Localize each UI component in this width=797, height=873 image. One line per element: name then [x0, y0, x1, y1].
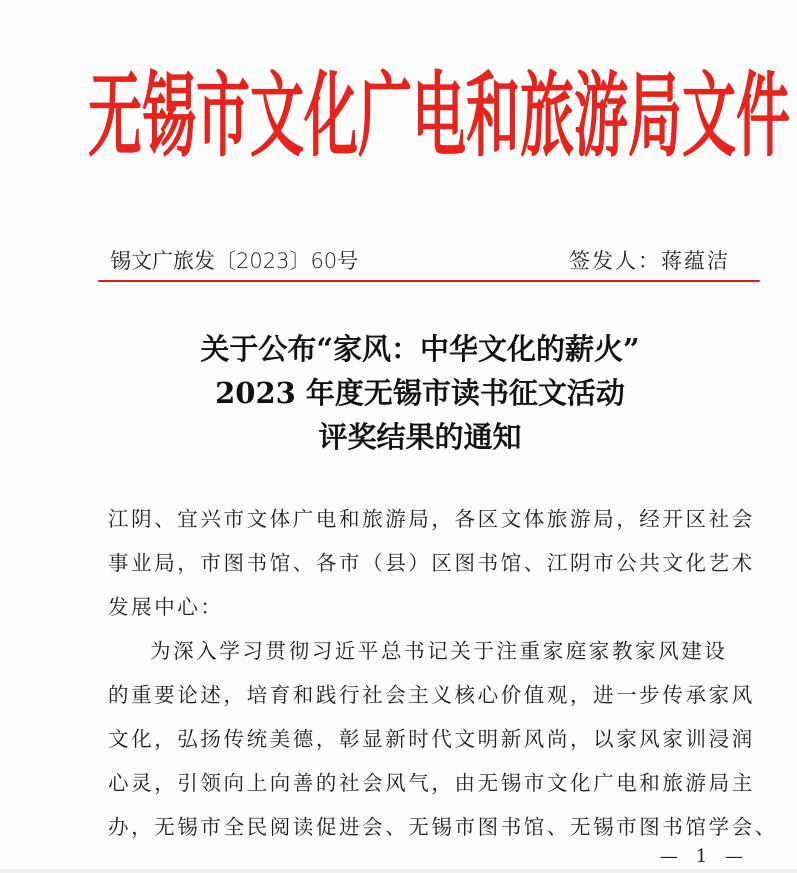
addressee-line: 江阴、宜兴市文体广电和旅游局，各区文体旅游局，经开区社会	[108, 497, 758, 541]
masthead-char: 市	[196, 69, 250, 161]
masthead-title: 无 锡 市 文 化 广 电 和 旅 游 局 文 件	[88, 55, 768, 175]
body-line: 办，无锡市全民阅读促进会、无锡市图书馆、无锡市图书馆学会、	[108, 805, 758, 849]
masthead-char: 化	[304, 69, 358, 161]
title-line: 评奖结果的通知	[100, 415, 740, 459]
masthead-char: 文	[682, 69, 736, 161]
masthead-char: 件	[736, 69, 790, 161]
masthead-char: 局	[628, 69, 682, 161]
masthead-char: 旅	[520, 69, 574, 161]
notice-title: 关于公布“家风：中华文化的薪火” 2023 年度无锡市读书征文活动 评奖结果的通…	[100, 327, 740, 459]
addressee-line: 事业局，市图书馆、各市（县）区图书馆、江阴市公共文化艺术	[108, 541, 758, 585]
document-number-row: 锡文广旅发〔2023〕60号 签发人：蒋蕴洁	[110, 246, 730, 274]
body-line: 心灵，引领向上向善的社会风气，由无锡市文化广电和旅游局主	[108, 761, 758, 805]
masthead-char: 游	[574, 69, 628, 161]
body-line: 为深入学习贯彻习近平总书记关于注重家庭家教家风建设	[108, 629, 758, 673]
notice-body: 江阴、宜兴市文体广电和旅游局，各区文体旅游局，经开区社会 事业局，市图书馆、各市…	[108, 497, 758, 849]
title-line: 关于公布“家风：中华文化的薪火”	[100, 327, 740, 371]
page-number: — 1 —	[660, 846, 749, 867]
masthead-char: 电	[412, 69, 466, 161]
addressee-line: 发展中心：	[108, 585, 758, 629]
masthead-char: 文	[250, 69, 304, 161]
title-line: 2023 年度无锡市读书征文活动	[100, 371, 740, 415]
red-divider-line	[98, 280, 760, 282]
signer: 签发人：蒋蕴洁	[569, 245, 730, 275]
body-line: 文化，弘扬传统美德，彰显新时代文明新风尚，以家风家训浸润	[108, 717, 758, 761]
body-line: 的重要论述，培育和践行社会主义核心价值观，进一步传承家风	[108, 673, 758, 717]
masthead-char: 锡	[142, 69, 196, 161]
masthead-char: 广	[358, 69, 412, 161]
document-page: 无 锡 市 文 化 广 电 和 旅 游 局 文 件 锡文广旅发〔2023〕60号…	[0, 0, 797, 870]
page-edge	[0, 869, 797, 873]
masthead-char: 和	[466, 69, 520, 161]
masthead-char: 无	[88, 69, 142, 161]
document-number: 锡文广旅发〔2023〕60号	[110, 245, 358, 275]
